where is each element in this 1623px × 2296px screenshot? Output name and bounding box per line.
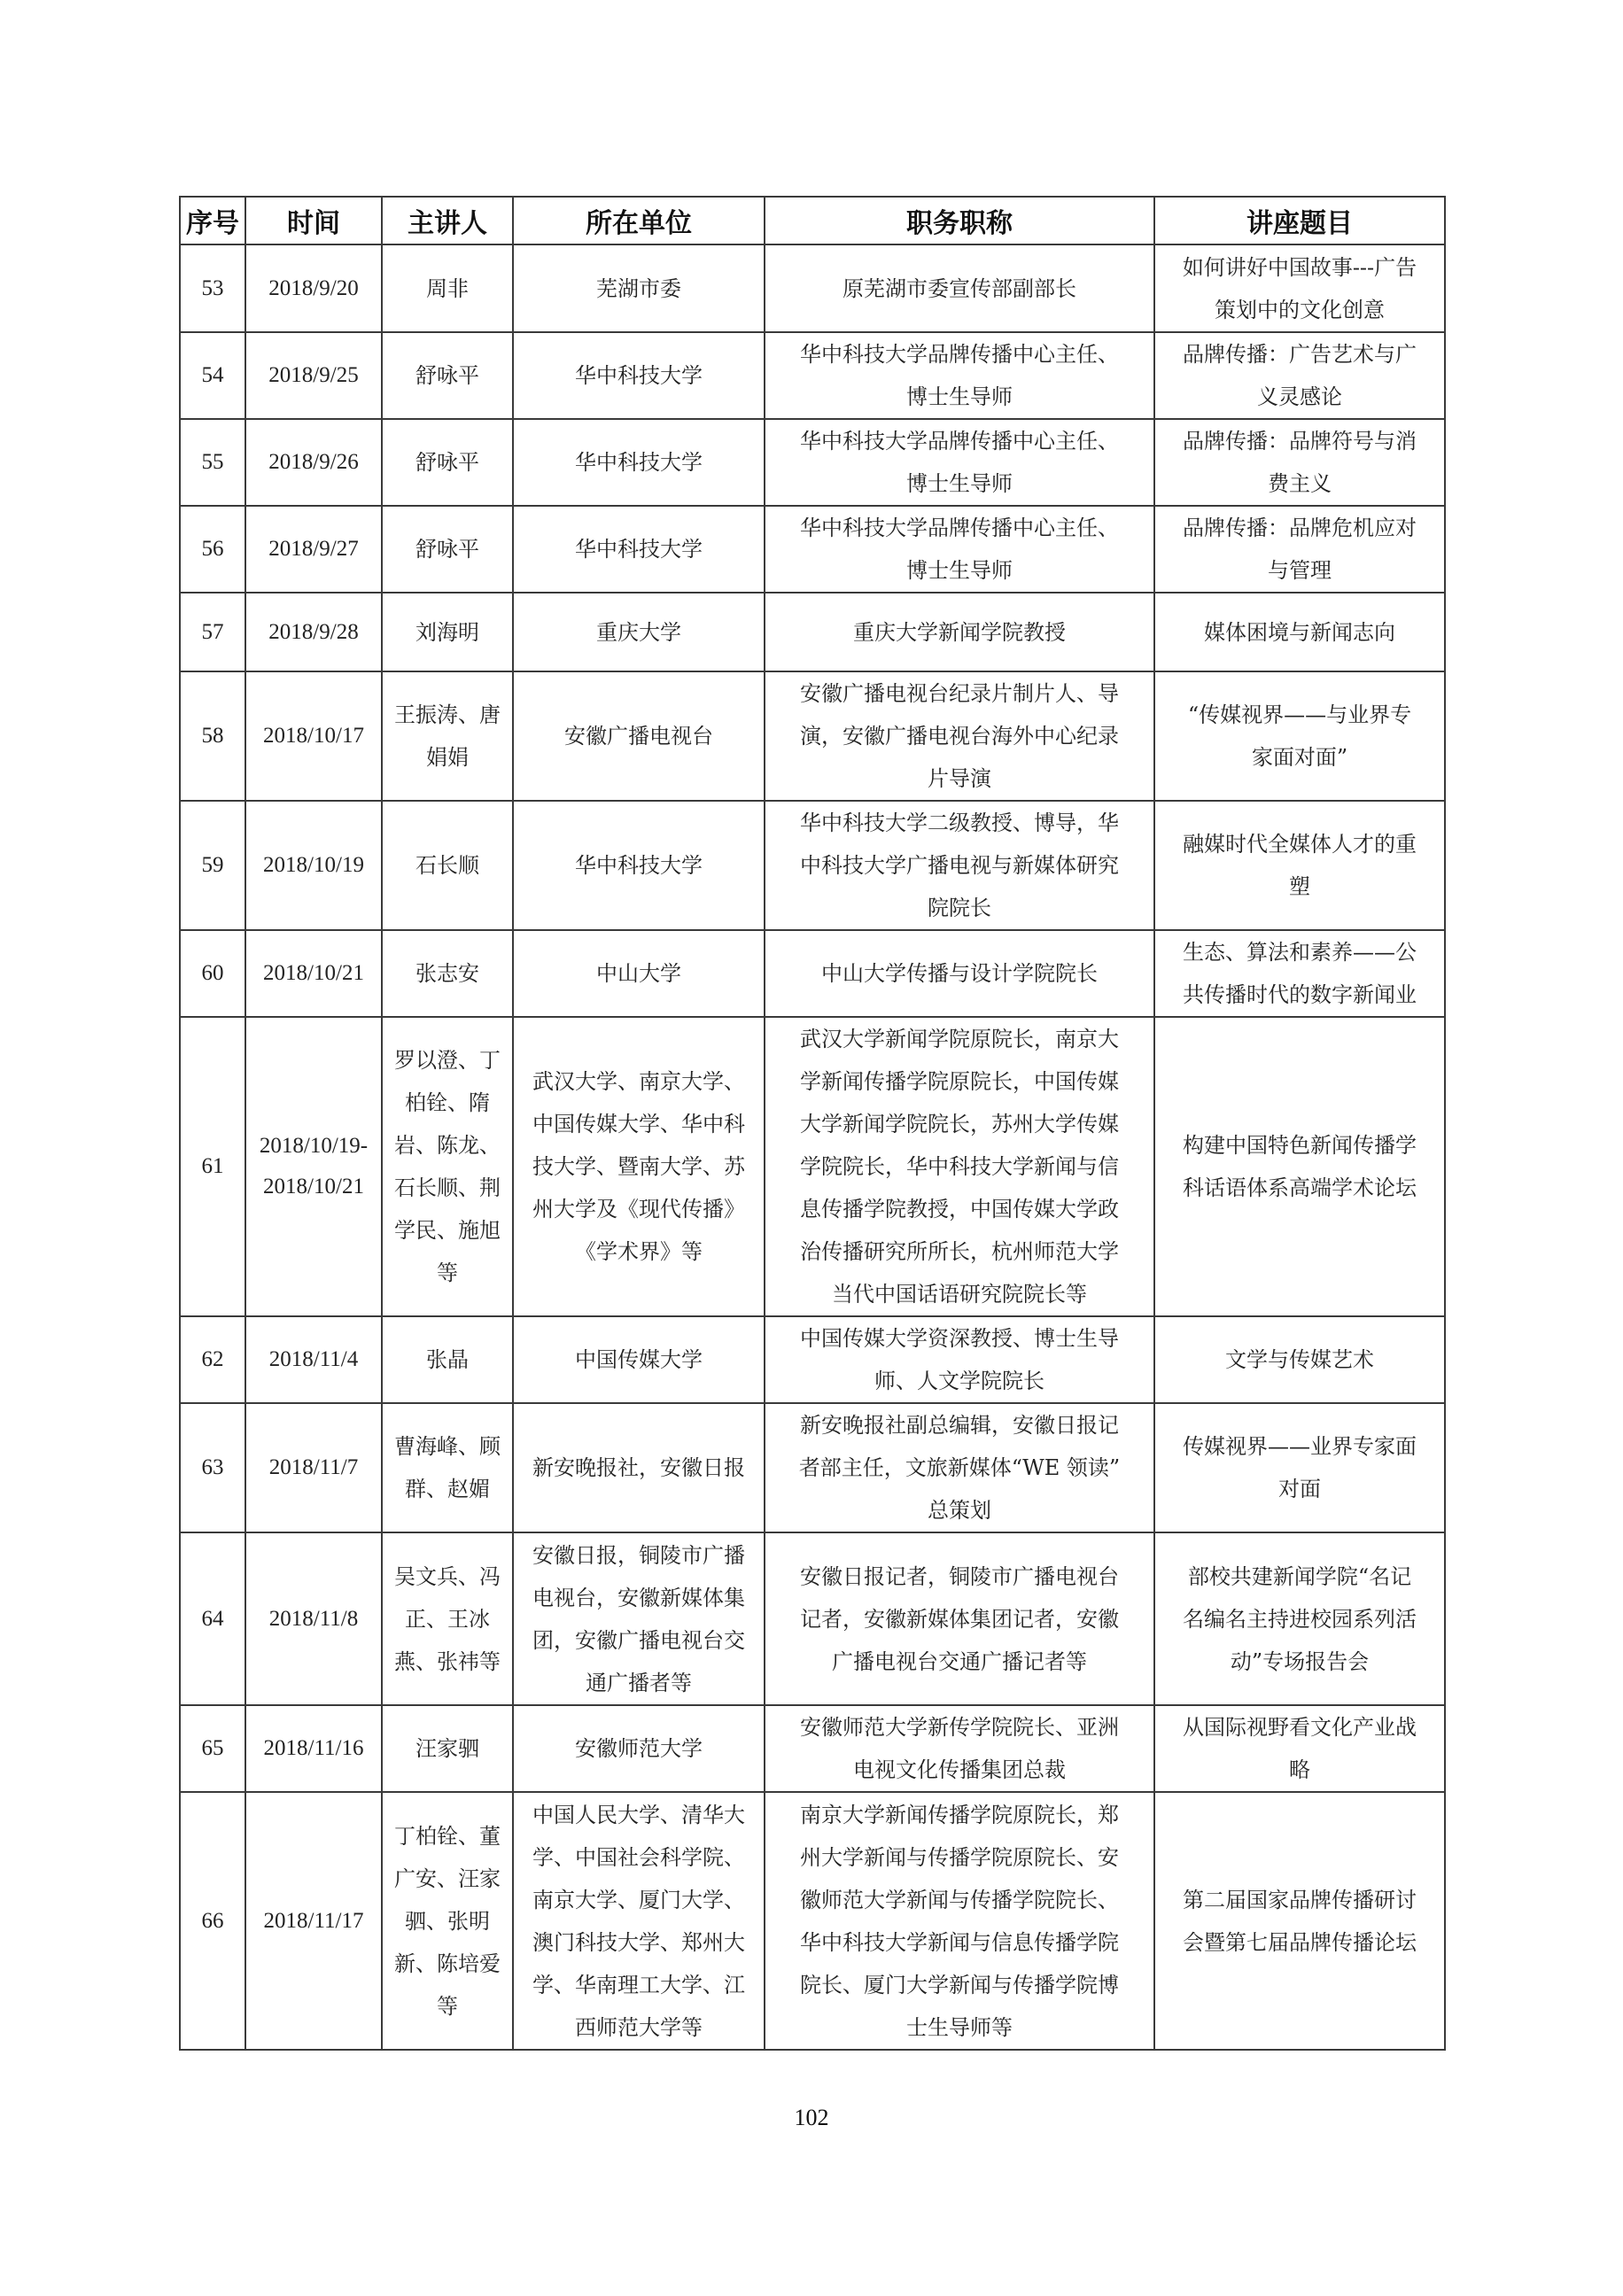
cell-unit-line: 中山大学 <box>519 952 758 995</box>
cell-position-line: 安徽师范大学新传学院院长、亚洲 <box>771 1706 1148 1749</box>
cell-position: 华中科技大学品牌传播中心主任、博士生导师 <box>765 506 1154 593</box>
cell-speaker-line: 驷、张明 <box>388 1900 507 1943</box>
cell-position-line: 州大学新闻与传播学院原院长、安 <box>771 1836 1148 1879</box>
cell-date: 2018/10/19-2018/10/21 <box>245 1017 382 1316</box>
cell-position-line: 重庆大学新闻学院教授 <box>771 611 1148 654</box>
cell-speaker-line: 周非 <box>388 268 507 310</box>
table-row: 532018/9/20周非芜湖市委原芜湖市委宣传部副部长如何讲好中国故事---广… <box>180 244 1445 332</box>
cell-position-line: 学院院长，华中科技大学新闻与信 <box>771 1145 1148 1188</box>
cell-lecture-topic-line: 品牌传播：品牌符号与消 <box>1161 420 1439 462</box>
cell-unit-line: 西师范大学等 <box>519 2006 758 2049</box>
cell-speaker: 刘海明 <box>382 593 513 671</box>
cell-lecture-topic-line: 媒体困境与新闻志向 <box>1161 611 1439 654</box>
cell-speaker-line: 燕、张祎等 <box>388 1641 507 1683</box>
cell-position-line: 广播电视台交通广播记者等 <box>771 1641 1148 1683</box>
cell-unit: 中国人民大学、清华大学、中国社会科学院、南京大学、厦门大学、澳门科技大学、郑州大… <box>513 1792 765 2050</box>
cell-position: 中国传媒大学资深教授、博士生导师、人文学院院长 <box>765 1316 1154 1403</box>
cell-index: 61 <box>180 1017 245 1316</box>
cell-date-line: 2018/9/25 <box>246 355 381 396</box>
cell-lecture-topic-line: 品牌传播：广告艺术与广 <box>1161 333 1439 376</box>
cell-unit-line: 州大学及《现代传播》 <box>519 1188 758 1230</box>
cell-date-line: 2018/11/4 <box>246 1339 381 1380</box>
cell-lecture-topic-line: 动”专场报告会 <box>1161 1641 1439 1683</box>
cell-speaker: 汪家驷 <box>382 1705 513 1792</box>
cell-speaker-line: 正、王冰 <box>388 1598 507 1641</box>
cell-position-line: 安徽日报记者，铜陵市广播电视台 <box>771 1555 1148 1598</box>
cell-position-line: 南京大学新闻传播学院原院长，郑 <box>771 1794 1148 1836</box>
cell-position: 华中科技大学二级教授、博导，华中科技大学广播电视与新媒体研究院院长 <box>765 801 1154 930</box>
cell-speaker: 舒咏平 <box>382 419 513 506</box>
cell-date: 2018/10/17 <box>245 671 382 801</box>
cell-date-line: 2018/11/17 <box>246 1901 381 1942</box>
cell-date-line: 2018/9/27 <box>246 529 381 570</box>
cell-position-line: 博士生导师 <box>771 376 1148 418</box>
cell-unit-line: 技大学、暨南大学、苏 <box>519 1145 758 1188</box>
header-position: 职务职称 <box>765 197 1154 244</box>
cell-lecture-topic-line: 生态、算法和素养——公 <box>1161 931 1439 973</box>
table-row: 622018/11/4张晶中国传媒大学中国传媒大学资深教授、博士生导师、人文学院… <box>180 1316 1445 1403</box>
cell-speaker-line: 新、陈培爱 <box>388 1943 507 1985</box>
cell-unit: 华中科技大学 <box>513 801 765 930</box>
table-row: 562018/9/27舒咏平华中科技大学华中科技大学品牌传播中心主任、博士生导师… <box>180 506 1445 593</box>
cell-unit: 安徽广播电视台 <box>513 671 765 801</box>
cell-position: 安徽师范大学新传学院院长、亚洲电视文化传播集团总裁 <box>765 1705 1154 1792</box>
cell-position-line: 院院长 <box>771 887 1148 929</box>
cell-position-line: 士生导师等 <box>771 2006 1148 2049</box>
cell-lecture-topic-line: 融媒时代全媒体人才的重 <box>1161 823 1439 865</box>
cell-lecture-topic: 如何讲好中国故事---广告策划中的文化创意 <box>1154 244 1445 332</box>
table-row: 652018/11/16汪家驷安徽师范大学安徽师范大学新传学院院长、亚洲电视文化… <box>180 1705 1445 1792</box>
cell-speaker-line: 罗以澄、丁 <box>388 1039 507 1082</box>
table-row: 542018/9/25舒咏平华中科技大学华中科技大学品牌传播中心主任、博士生导师… <box>180 332 1445 419</box>
cell-unit-line: 南京大学、厦门大学、 <box>519 1879 758 1921</box>
cell-position-line: 大学新闻学院院长，苏州大学传媒 <box>771 1103 1148 1145</box>
cell-index: 62 <box>180 1316 245 1403</box>
cell-date: 2018/9/27 <box>245 506 382 593</box>
cell-lecture-topic-line: 对面 <box>1161 1468 1439 1510</box>
cell-unit-line: 中国人民大学、清华大 <box>519 1794 758 1836</box>
cell-position-line: 武汉大学新闻学院原院长，南京大 <box>771 1018 1148 1060</box>
cell-position-line: 徽师范大学新闻与传播学院院长、 <box>771 1879 1148 1921</box>
cell-lecture-topic-line: 策划中的文化创意 <box>1161 289 1439 331</box>
cell-speaker: 曹海峰、顾群、赵媚 <box>382 1403 513 1532</box>
cell-position-line: 片导演 <box>771 757 1148 800</box>
cell-unit: 芜湖市委 <box>513 244 765 332</box>
cell-lecture-topic: 从国际视野看文化产业战略 <box>1154 1705 1445 1792</box>
cell-index: 64 <box>180 1532 245 1705</box>
cell-date-line: 2018/11/16 <box>246 1728 381 1769</box>
table-row: 642018/11/8吴文兵、冯正、王冰燕、张祎等安徽日报，铜陵市广播电视台，安… <box>180 1532 1445 1705</box>
cell-speaker: 舒咏平 <box>382 332 513 419</box>
cell-unit-line: 学、中国社会科学院、 <box>519 1836 758 1879</box>
cell-lecture-topic-line: 与管理 <box>1161 549 1439 592</box>
cell-position-line: 安徽广播电视台纪录片制片人、导 <box>771 672 1148 715</box>
cell-position-line: 华中科技大学新闻与信息传播学院 <box>771 1921 1148 1964</box>
cell-index: 55 <box>180 419 245 506</box>
cell-position-line: 治传播研究所所长，杭州师范大学 <box>771 1230 1148 1273</box>
cell-lecture-topic-line: 略 <box>1161 1749 1439 1791</box>
cell-position-line: 电视文化传播集团总裁 <box>771 1749 1148 1791</box>
cell-speaker: 王振涛、唐娟娟 <box>382 671 513 801</box>
cell-unit-line: 芜湖市委 <box>519 268 758 310</box>
cell-date: 2018/11/8 <box>245 1532 382 1705</box>
cell-date: 2018/10/21 <box>245 930 382 1017</box>
page-number: 102 <box>0 2105 1623 2131</box>
cell-unit-line: 安徽师范大学 <box>519 1727 758 1770</box>
cell-unit: 华中科技大学 <box>513 506 765 593</box>
cell-lecture-topic: 媒体困境与新闻志向 <box>1154 593 1445 671</box>
cell-position-line: 学新闻传播学院原院长，中国传媒 <box>771 1060 1148 1103</box>
cell-index: 53 <box>180 244 245 332</box>
cell-speaker-line: 岩、陈龙、 <box>388 1124 507 1167</box>
cell-position-line: 博士生导师 <box>771 462 1148 505</box>
cell-position-line: 原芜湖市委宣传部副部长 <box>771 268 1148 310</box>
cell-lecture-topic-line: 共传播时代的数字新闻业 <box>1161 973 1439 1016</box>
cell-date: 2018/11/4 <box>245 1316 382 1403</box>
header-date: 时间 <box>245 197 382 244</box>
cell-position-line: 中国传媒大学资深教授、博士生导 <box>771 1317 1148 1360</box>
table-body: 532018/9/20周非芜湖市委原芜湖市委宣传部副部长如何讲好中国故事---广… <box>180 244 1445 2050</box>
table-row: 572018/9/28刘海明重庆大学重庆大学新闻学院教授媒体困境与新闻志向 <box>180 593 1445 671</box>
cell-unit: 安徽日报，铜陵市广播电视台，安徽新媒体集团，安徽广播电视台交通广播者等 <box>513 1532 765 1705</box>
cell-unit-line: 团，安徽广播电视台交 <box>519 1619 758 1662</box>
cell-speaker-line: 张晶 <box>388 1338 507 1381</box>
cell-lecture-topic: “传媒视界——与业界专家面对面” <box>1154 671 1445 801</box>
cell-lecture-topic-line: 义灵感论 <box>1161 376 1439 418</box>
cell-lecture-topic-line: 传媒视界——业界专家面 <box>1161 1425 1439 1468</box>
cell-lecture-topic-line: 部校共建新闻学院“名记 <box>1161 1555 1439 1598</box>
cell-speaker: 吴文兵、冯正、王冰燕、张祎等 <box>382 1532 513 1705</box>
cell-position: 中山大学传播与设计学院院长 <box>765 930 1154 1017</box>
cell-index: 66 <box>180 1792 245 2050</box>
cell-speaker-line: 舒咏平 <box>388 441 507 484</box>
cell-position: 重庆大学新闻学院教授 <box>765 593 1154 671</box>
cell-index: 54 <box>180 332 245 419</box>
cell-unit-line: 澳门科技大学、郑州大 <box>519 1921 758 1964</box>
cell-position-line: 新安晚报社副总编辑，安徽日报记 <box>771 1404 1148 1447</box>
document-page: 序号 时间 主讲人 所在单位 职务职称 讲座题目 532018/9/20周非芜湖… <box>0 0 1623 2296</box>
cell-speaker: 石长顺 <box>382 801 513 930</box>
header-speaker: 主讲人 <box>382 197 513 244</box>
cell-index: 57 <box>180 593 245 671</box>
cell-position-line: 总策划 <box>771 1489 1148 1532</box>
cell-unit-line: 安徽广播电视台 <box>519 715 758 757</box>
cell-position: 华中科技大学品牌传播中心主任、博士生导师 <box>765 419 1154 506</box>
cell-speaker-line: 娟娟 <box>388 736 507 779</box>
cell-speaker-line: 舒咏平 <box>388 528 507 570</box>
cell-lecture-topic-line: 名编名主持进校园系列活 <box>1161 1598 1439 1641</box>
cell-lecture-topic: 生态、算法和素养——公共传播时代的数字新闻业 <box>1154 930 1445 1017</box>
cell-speaker-line: 广安、汪家 <box>388 1858 507 1900</box>
cell-unit: 中国传媒大学 <box>513 1316 765 1403</box>
cell-speaker-line: 舒咏平 <box>388 354 507 397</box>
cell-date-line: 2018/11/8 <box>246 1599 381 1640</box>
cell-speaker-line: 刘海明 <box>388 611 507 654</box>
cell-position-line: 院长、厦门大学新闻与传播学院博 <box>771 1964 1148 2006</box>
cell-position: 武汉大学新闻学院原院长，南京大学新闻传播学院原院长，中国传媒大学新闻学院院长，苏… <box>765 1017 1154 1316</box>
cell-date: 2018/11/7 <box>245 1403 382 1532</box>
cell-date-line: 2018/10/19- <box>246 1126 381 1167</box>
cell-unit-line: 通广播者等 <box>519 1662 758 1704</box>
cell-lecture-topic-line: 费主义 <box>1161 462 1439 505</box>
cell-date: 2018/10/19 <box>245 801 382 930</box>
cell-lecture-topic-line: 构建中国特色新闻传播学 <box>1161 1124 1439 1167</box>
cell-position-line: 华中科技大学品牌传播中心主任、 <box>771 507 1148 549</box>
cell-date-line: 2018/9/28 <box>246 612 381 653</box>
cell-unit-line: 华中科技大学 <box>519 441 758 484</box>
cell-unit-line: 新安晚报社，安徽日报 <box>519 1447 758 1489</box>
cell-lecture-topic: 品牌传播：广告艺术与广义灵感论 <box>1154 332 1445 419</box>
cell-lecture-topic-line: 家面对面” <box>1161 736 1439 779</box>
table-row: 662018/11/17丁柏铨、董广安、汪家驷、张明新、陈培爱等中国人民大学、清… <box>180 1792 1445 2050</box>
cell-unit-line: 安徽日报，铜陵市广播 <box>519 1534 758 1577</box>
cell-index: 60 <box>180 930 245 1017</box>
header-unit: 所在单位 <box>513 197 765 244</box>
cell-position-line: 者部主任，文旅新媒体“WE 领读” <box>771 1447 1148 1489</box>
cell-date: 2018/11/17 <box>245 1792 382 2050</box>
cell-position: 安徽广播电视台纪录片制片人、导演，安徽广播电视台海外中心纪录片导演 <box>765 671 1154 801</box>
cell-unit-line: 武汉大学、南京大学、 <box>519 1060 758 1103</box>
header-lecture-topic: 讲座题目 <box>1154 197 1445 244</box>
cell-speaker: 舒咏平 <box>382 506 513 593</box>
cell-position-line: 息传播学院教授，中国传媒大学政 <box>771 1188 1148 1230</box>
cell-unit-line: 中国传媒大学、华中科 <box>519 1103 758 1145</box>
cell-lecture-topic-line: 科话语体系高端学术论坛 <box>1161 1167 1439 1209</box>
cell-unit: 安徽师范大学 <box>513 1705 765 1792</box>
cell-position-line: 中科技大学广播电视与新媒体研究 <box>771 844 1148 887</box>
cell-position-line: 师、人文学院院长 <box>771 1360 1148 1402</box>
cell-lecture-topic: 构建中国特色新闻传播学科话语体系高端学术论坛 <box>1154 1017 1445 1316</box>
cell-date-line: 2018/10/17 <box>246 716 381 756</box>
cell-speaker-line: 等 <box>388 1252 507 1294</box>
cell-position-line: 博士生导师 <box>771 549 1148 592</box>
cell-unit: 华中科技大学 <box>513 332 765 419</box>
table-row: 582018/10/17王振涛、唐娟娟安徽广播电视台安徽广播电视台纪录片制片人、… <box>180 671 1445 801</box>
cell-index: 56 <box>180 506 245 593</box>
cell-lecture-topic-line: 塑 <box>1161 865 1439 908</box>
cell-position-line: 中山大学传播与设计学院院长 <box>771 952 1148 995</box>
table-row: 592018/10/19石长顺华中科技大学华中科技大学二级教授、博导，华中科技大… <box>180 801 1445 930</box>
cell-speaker: 张晶 <box>382 1316 513 1403</box>
cell-date-line: 2018/9/26 <box>246 442 381 483</box>
cell-lecture-topic-line: 文学与传媒艺术 <box>1161 1338 1439 1381</box>
cell-date: 2018/9/26 <box>245 419 382 506</box>
cell-position: 原芜湖市委宣传部副部长 <box>765 244 1154 332</box>
cell-speaker-line: 柏铨、隋 <box>388 1082 507 1124</box>
cell-position: 安徽日报记者，铜陵市广播电视台记者，安徽新媒体集团记者，安徽广播电视台交通广播记… <box>765 1532 1154 1705</box>
cell-speaker-line: 石长顺 <box>388 844 507 887</box>
cell-unit-line: 华中科技大学 <box>519 844 758 887</box>
cell-index: 59 <box>180 801 245 930</box>
cell-date: 2018/11/16 <box>245 1705 382 1792</box>
cell-position-line: 记者，安徽新媒体集团记者，安徽 <box>771 1598 1148 1641</box>
cell-unit: 华中科技大学 <box>513 419 765 506</box>
cell-unit-line: 电视台，安徽新媒体集 <box>519 1577 758 1619</box>
cell-index: 63 <box>180 1403 245 1532</box>
cell-lecture-topic-line: 会暨第七届品牌传播论坛 <box>1161 1921 1439 1964</box>
cell-unit-line: 华中科技大学 <box>519 354 758 397</box>
cell-position-line: 华中科技大学二级教授、博导，华 <box>771 802 1148 844</box>
cell-speaker-line: 汪家驷 <box>388 1727 507 1770</box>
cell-position-line: 演，安徽广播电视台海外中心纪录 <box>771 715 1148 757</box>
cell-speaker: 罗以澄、丁柏铨、隋岩、陈龙、石长顺、荆学民、施旭等 <box>382 1017 513 1316</box>
cell-speaker-line: 群、赵媚 <box>388 1468 507 1510</box>
cell-lecture-topic: 文学与传媒艺术 <box>1154 1316 1445 1403</box>
cell-lecture-topic: 传媒视界——业界专家面对面 <box>1154 1403 1445 1532</box>
cell-position: 华中科技大学品牌传播中心主任、博士生导师 <box>765 332 1154 419</box>
cell-unit-line: 重庆大学 <box>519 611 758 654</box>
cell-date-line: 2018/10/21 <box>246 953 381 994</box>
cell-date: 2018/9/28 <box>245 593 382 671</box>
cell-position: 南京大学新闻传播学院原院长，郑州大学新闻与传播学院原院长、安徽师范大学新闻与传播… <box>765 1792 1154 2050</box>
table-row: 612018/10/19-2018/10/21罗以澄、丁柏铨、隋岩、陈龙、石长顺… <box>180 1017 1445 1316</box>
table-row: 602018/10/21张志安中山大学中山大学传播与设计学院院长生态、算法和素养… <box>180 930 1445 1017</box>
header-index: 序号 <box>180 197 245 244</box>
cell-unit: 武汉大学、南京大学、中国传媒大学、华中科技大学、暨南大学、苏州大学及《现代传播》… <box>513 1017 765 1316</box>
cell-speaker-line: 吴文兵、冯 <box>388 1555 507 1598</box>
lecture-schedule-table: 序号 时间 主讲人 所在单位 职务职称 讲座题目 532018/9/20周非芜湖… <box>179 196 1446 2051</box>
cell-unit-line: 学、华南理工大学、江 <box>519 1964 758 2006</box>
cell-unit-line: 华中科技大学 <box>519 528 758 570</box>
cell-speaker-line: 曹海峰、顾 <box>388 1425 507 1468</box>
cell-date: 2018/9/25 <box>245 332 382 419</box>
cell-lecture-topic: 品牌传播：品牌符号与消费主义 <box>1154 419 1445 506</box>
cell-lecture-topic-line: 第二届国家品牌传播研讨 <box>1161 1879 1439 1921</box>
cell-lecture-topic-line: 如何讲好中国故事---广告 <box>1161 246 1439 289</box>
cell-speaker-line: 石长顺、荆 <box>388 1167 507 1209</box>
cell-speaker-line: 等 <box>388 1985 507 2028</box>
cell-speaker-line: 丁柏铨、董 <box>388 1815 507 1858</box>
cell-speaker-line: 张志安 <box>388 952 507 995</box>
cell-date-line: 2018/11/7 <box>246 1447 381 1488</box>
table-row: 632018/11/7曹海峰、顾群、赵媚新安晚报社，安徽日报新安晚报社副总编辑，… <box>180 1403 1445 1532</box>
cell-position-line: 当代中国话语研究院院长等 <box>771 1273 1148 1315</box>
cell-speaker-line: 王振涛、唐 <box>388 694 507 736</box>
cell-speaker: 周非 <box>382 244 513 332</box>
cell-date-line: 2018/10/19 <box>246 845 381 886</box>
cell-lecture-topic: 品牌传播：品牌危机应对与管理 <box>1154 506 1445 593</box>
cell-position: 新安晚报社副总编辑，安徽日报记者部主任，文旅新媒体“WE 领读”总策划 <box>765 1403 1154 1532</box>
cell-speaker: 张志安 <box>382 930 513 1017</box>
cell-lecture-topic: 第二届国家品牌传播研讨会暨第七届品牌传播论坛 <box>1154 1792 1445 2050</box>
cell-position-line: 华中科技大学品牌传播中心主任、 <box>771 420 1148 462</box>
cell-date: 2018/9/20 <box>245 244 382 332</box>
cell-lecture-topic-line: 从国际视野看文化产业战 <box>1161 1706 1439 1749</box>
cell-lecture-topic-line: “传媒视界——与业界专 <box>1161 694 1439 736</box>
cell-unit-line: 《学术界》等 <box>519 1230 758 1273</box>
cell-date-line: 2018/10/21 <box>246 1167 381 1207</box>
cell-lecture-topic-line: 品牌传播：品牌危机应对 <box>1161 507 1439 549</box>
cell-unit: 中山大学 <box>513 930 765 1017</box>
cell-index: 58 <box>180 671 245 801</box>
cell-date-line: 2018/9/20 <box>246 268 381 309</box>
cell-unit: 重庆大学 <box>513 593 765 671</box>
table-row: 552018/9/26舒咏平华中科技大学华中科技大学品牌传播中心主任、博士生导师… <box>180 419 1445 506</box>
cell-index: 65 <box>180 1705 245 1792</box>
cell-speaker: 丁柏铨、董广安、汪家驷、张明新、陈培爱等 <box>382 1792 513 2050</box>
cell-position-line: 华中科技大学品牌传播中心主任、 <box>771 333 1148 376</box>
cell-unit: 新安晚报社，安徽日报 <box>513 1403 765 1532</box>
cell-unit-line: 中国传媒大学 <box>519 1338 758 1381</box>
cell-speaker-line: 学民、施旭 <box>388 1209 507 1252</box>
cell-lecture-topic: 部校共建新闻学院“名记名编名主持进校园系列活动”专场报告会 <box>1154 1532 1445 1705</box>
cell-lecture-topic: 融媒时代全媒体人才的重塑 <box>1154 801 1445 930</box>
table-header-row: 序号 时间 主讲人 所在单位 职务职称 讲座题目 <box>180 197 1445 244</box>
